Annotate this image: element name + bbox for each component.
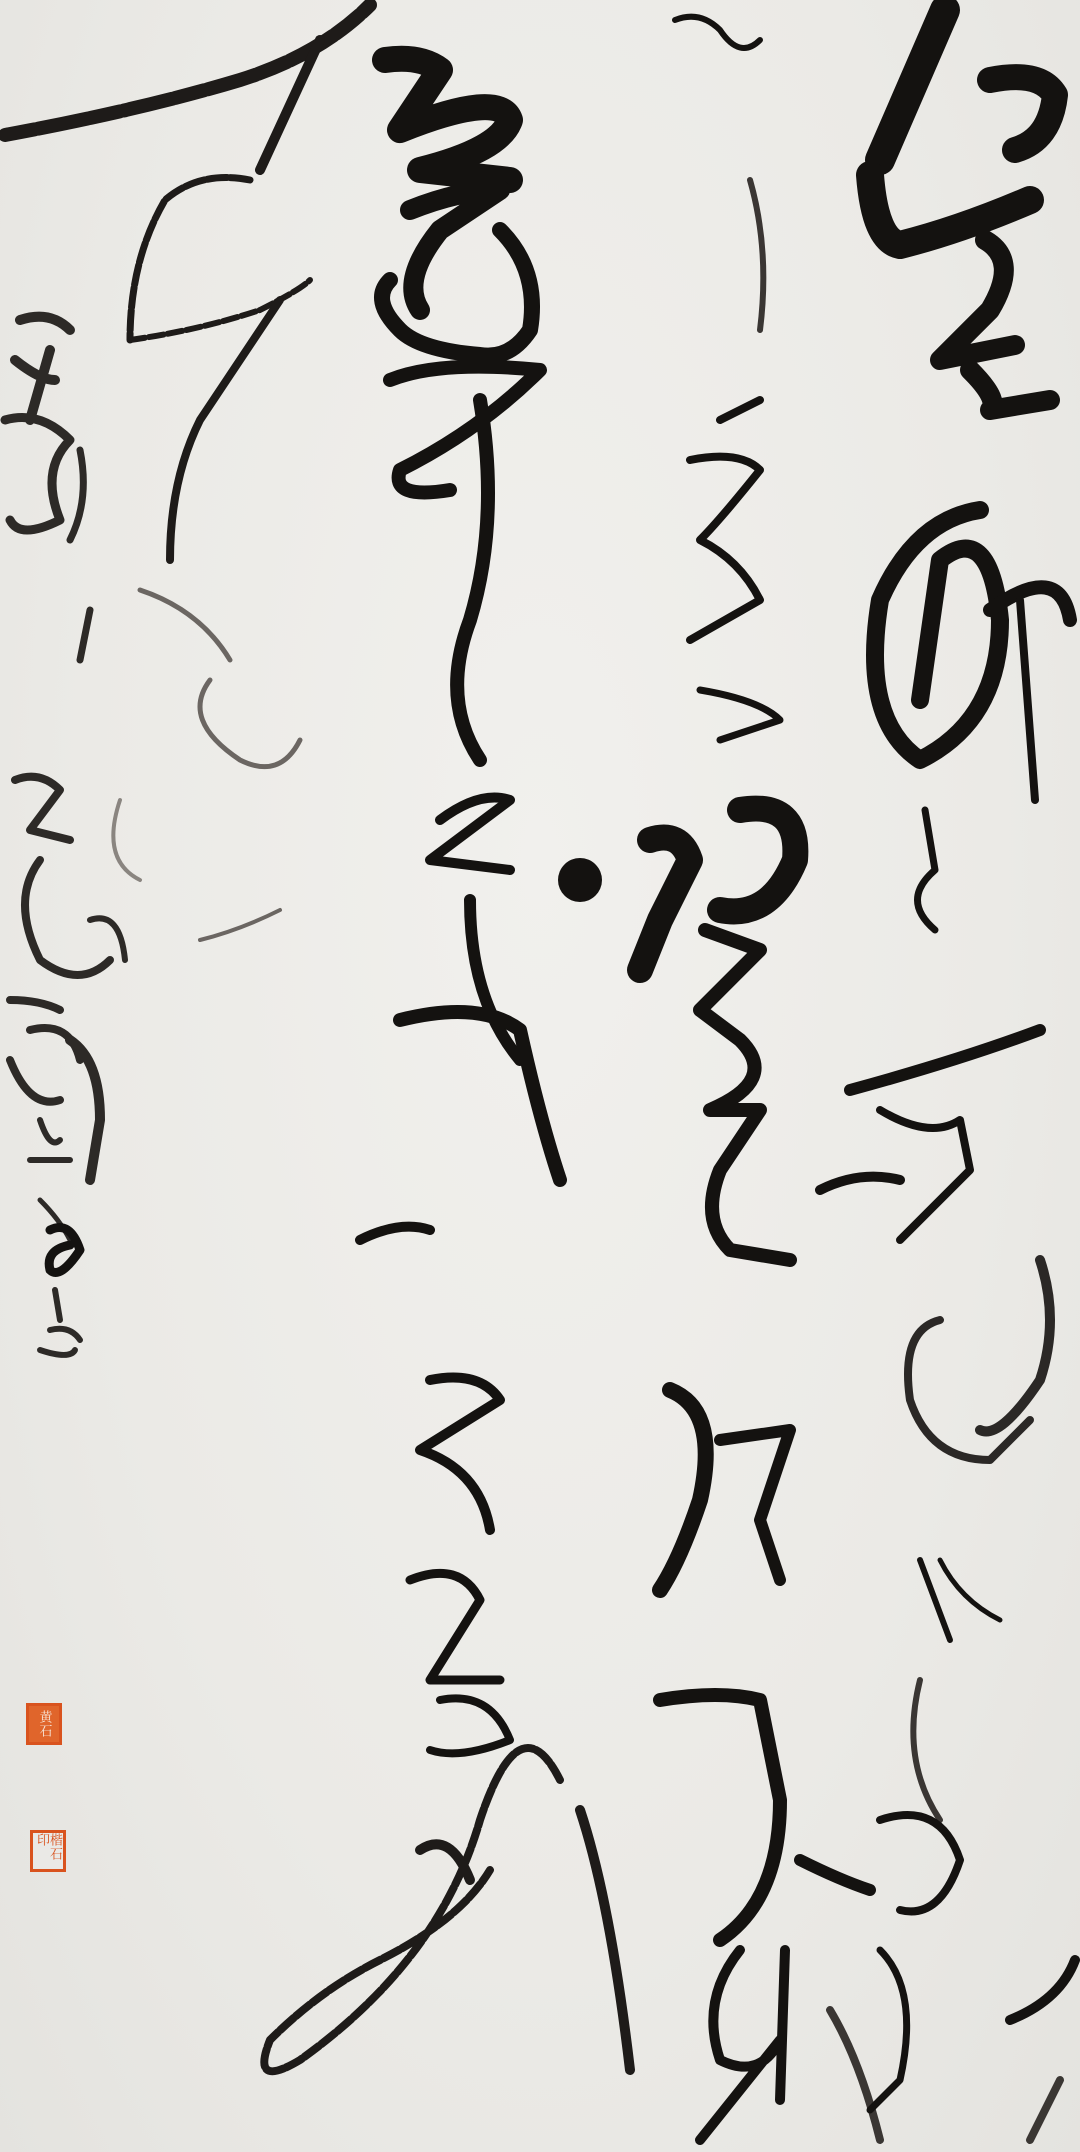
calligraphy-scroll: 黄石 楷石印 cursive-script calligraphy scroll: [0, 0, 1080, 2152]
seal-lower-glyphs: 楷石印: [35, 1833, 61, 1869]
column-right-2: [820, 810, 1040, 2140]
ink-strokes: [0, 0, 1080, 2152]
column-right-3: [558, 17, 870, 2140]
column-left-inscription: [5, 317, 125, 1355]
column-right-4: [360, 59, 560, 1754]
seal-lower: 楷石印: [30, 1830, 66, 1872]
seal-upper: 黄石: [26, 1703, 62, 1745]
seal-upper-glyphs: 黄石: [38, 1710, 51, 1738]
